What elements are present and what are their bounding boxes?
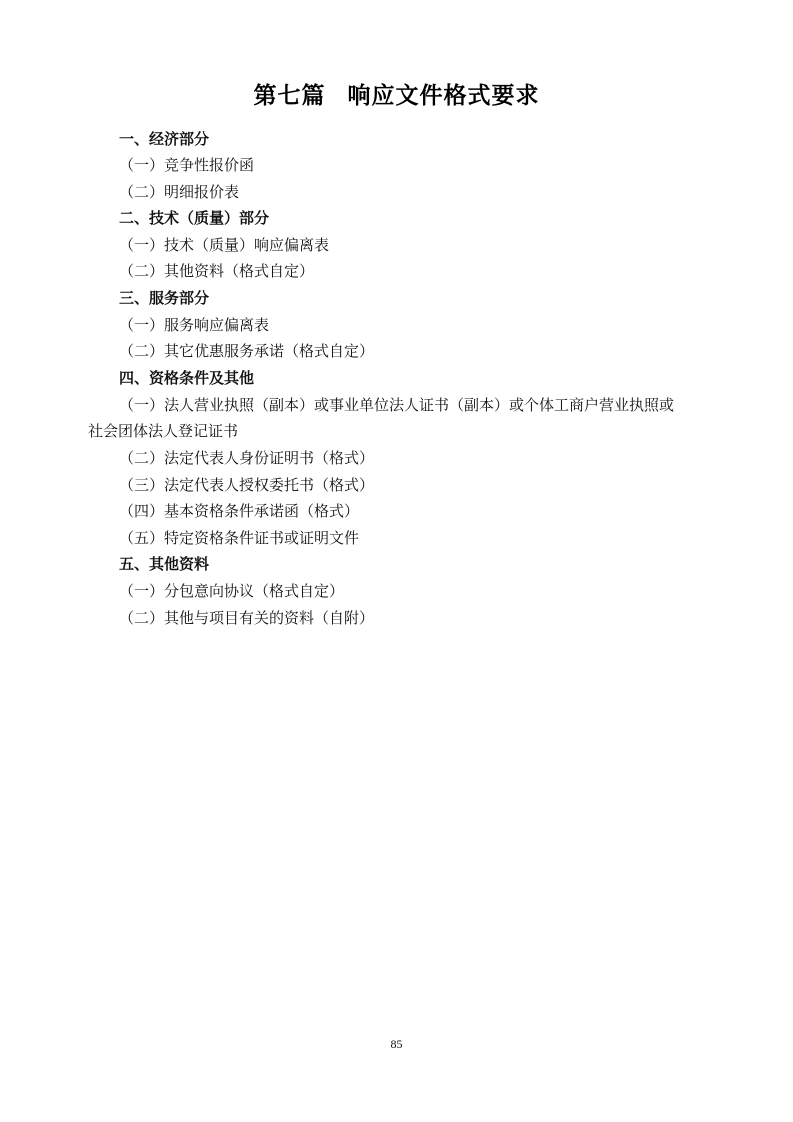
list-item: （二）其它优惠服务承诺（格式自定） [119,341,374,361]
list-item: （五）特定资格条件证书或证明文件 [119,528,359,548]
section-heading-technical: 二、技术（质量）部分 [119,208,269,228]
page-title: 第七篇响应文件格式要求 [0,77,793,110]
list-item-continuation: 社会团体法人登记证书 [88,421,238,441]
list-item: （四）基本资格条件承诺函（格式） [119,501,359,521]
section-heading-qualification: 四、资格条件及其他 [119,368,254,388]
list-item: （一）技术（质量）响应偏离表 [119,235,329,255]
page-number: 85 [0,1037,793,1052]
list-item: （一）竞争性报价函 [119,155,254,175]
section-heading-other: 五、其他资料 [119,554,209,574]
title-text: 响应文件格式要求 [348,83,540,109]
title-part-number: 第七篇 [254,83,326,109]
list-item: （二）法定代表人身份证明书（格式） [119,448,374,468]
list-item: （一）服务响应偏离表 [119,315,269,335]
list-item: （二）明细报价表 [119,182,239,202]
list-item: （一）分包意向协议（格式自定） [119,581,344,601]
list-item: （二）其他资料（格式自定） [119,261,314,281]
section-heading-economic: 一、经济部分 [119,129,209,149]
list-item: （三）法定代表人授权委托书（格式） [119,475,374,495]
list-item: （一）法人营业执照（副本）或事业单位法人证书（副本）或个体工商户营业执照或 [119,395,674,415]
list-item: （二）其他与项目有关的资料（自附） [119,608,374,628]
section-heading-service: 三、服务部分 [119,288,209,308]
